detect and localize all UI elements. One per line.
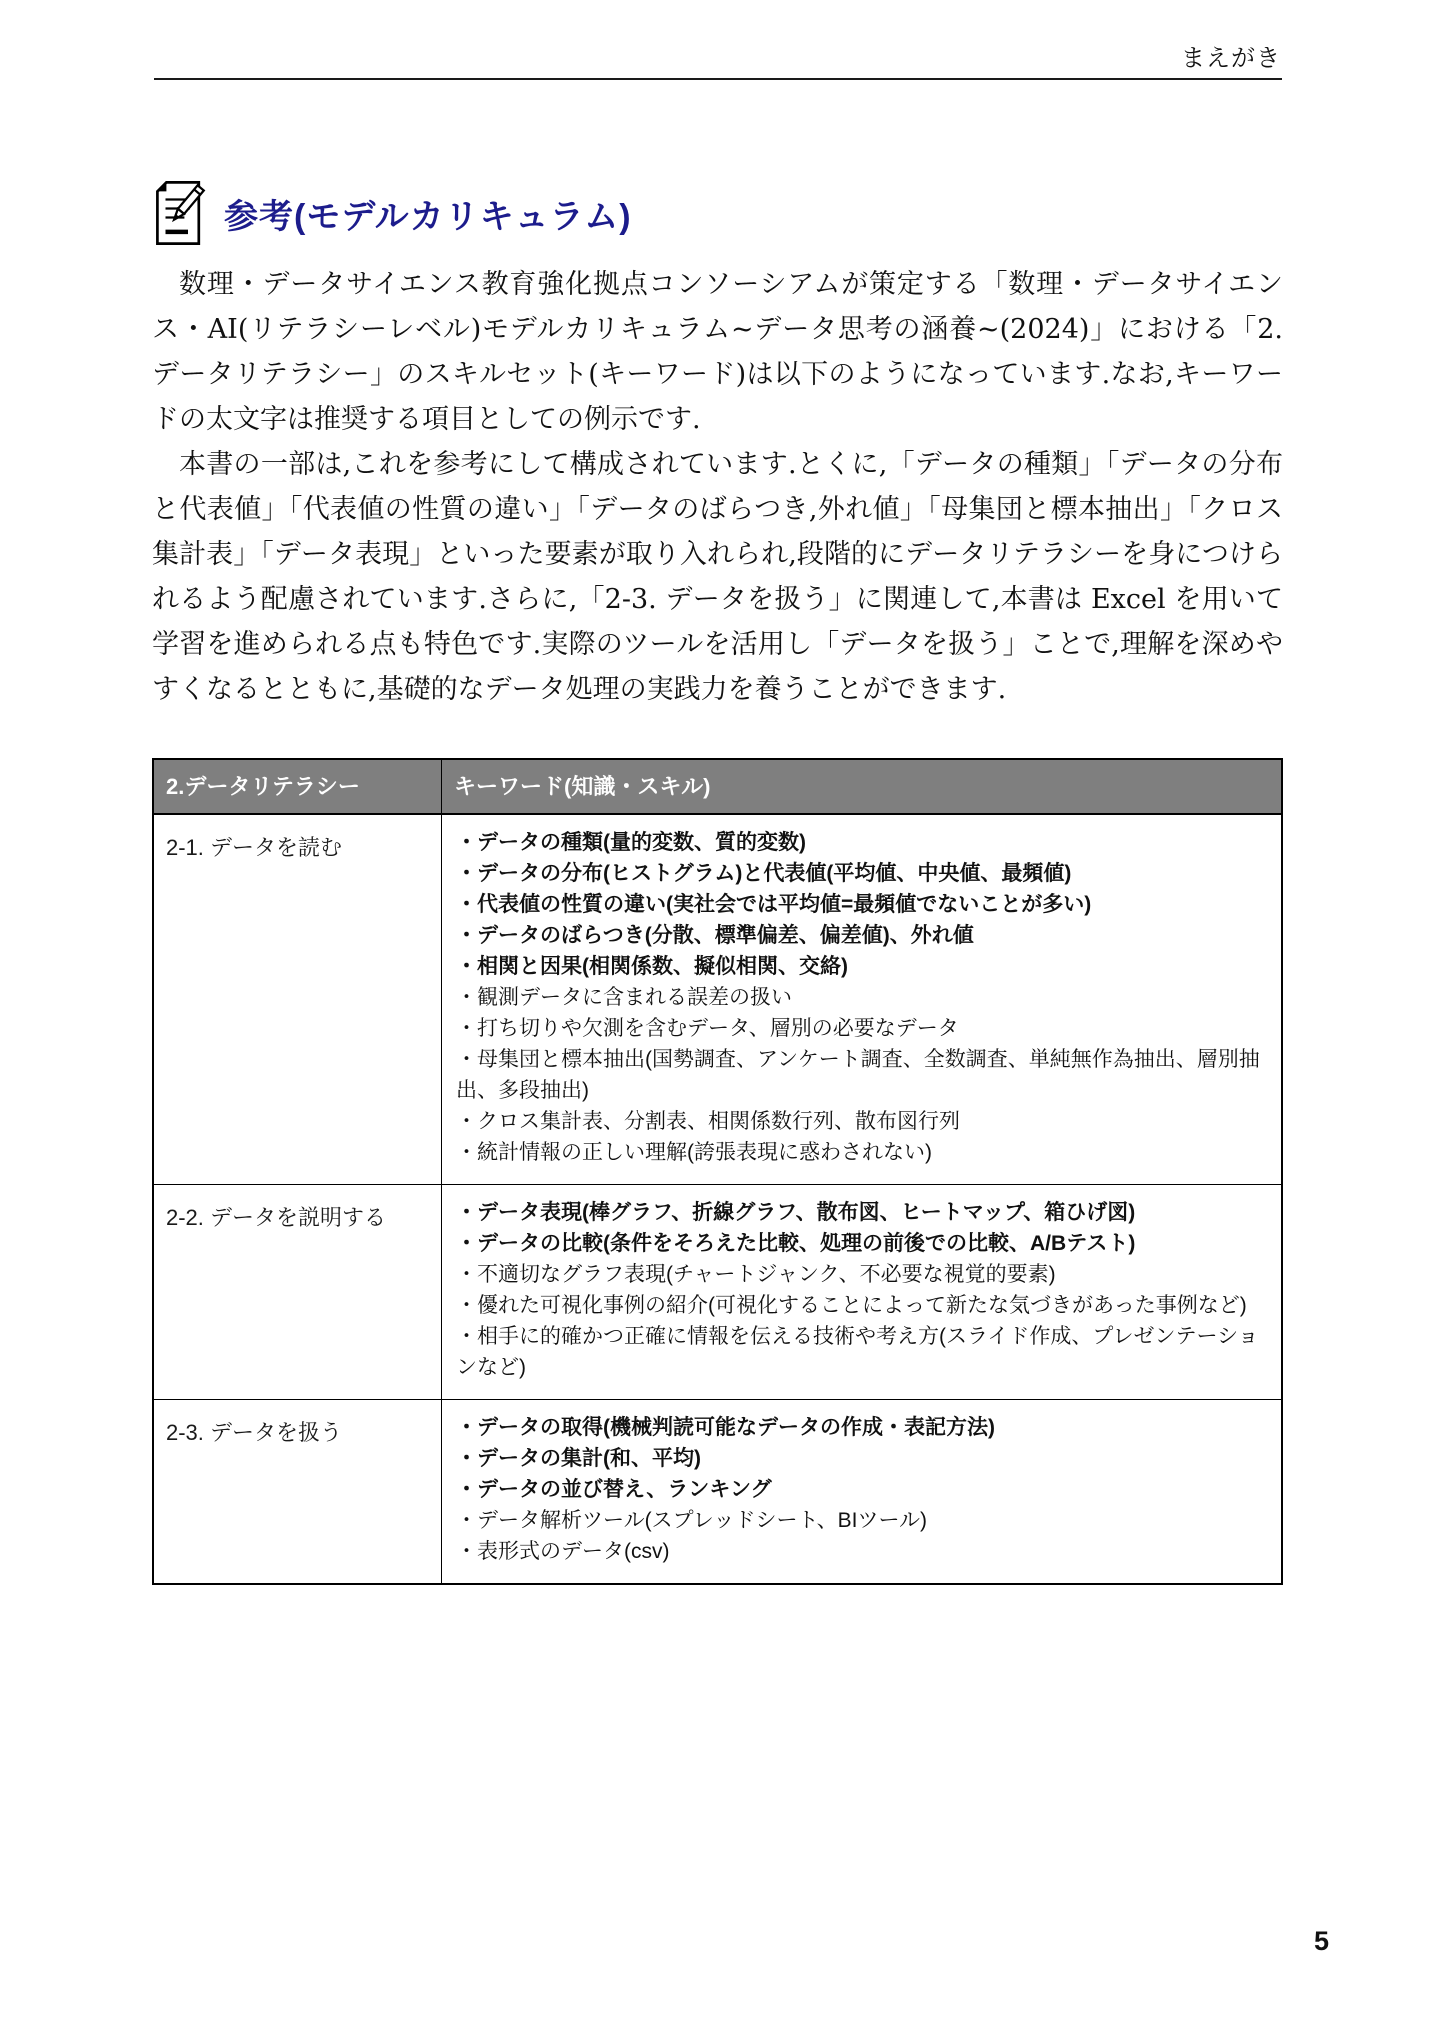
table-header-category: 2.データリテラシー [153, 759, 442, 814]
section-title: 参考(モデルカリキュラム) [224, 189, 632, 238]
row-label: 2-1. データを読む [153, 814, 442, 1185]
page-number: 5 [1314, 1926, 1329, 1957]
section-header: 参考(モデルカリキュラム) [152, 178, 1283, 248]
keyword-item: ・不適切なグラフ表現(チャートジャンク、不必要な視覚的要素) [456, 1259, 1271, 1290]
keyword-item: ・データのばらつき(分散、標準偏差、偏差値)、外れ値 [456, 920, 1271, 951]
keyword-item: ・データの並び替え、ランキング [456, 1474, 1271, 1505]
note-pencil-icon [152, 179, 206, 247]
paragraph: 本書の一部は,これを参考にして構成されています.とくに,「データの種類」「データ… [152, 442, 1283, 712]
running-head: まえがき [1181, 38, 1281, 73]
row-keywords: ・データの種類(量的変数、質的変数)・データの分布(ヒストグラム)と代表値(平均… [442, 814, 1283, 1185]
paragraphs: 数理・データサイエンス教育強化拠点コンソーシアムが策定する「数理・データサイエン… [152, 262, 1283, 712]
header-rule [154, 78, 1282, 80]
table-row: 2-1. データを読む・データの種類(量的変数、質的変数)・データの分布(ヒスト… [153, 814, 1282, 1185]
table-row: 2-3. データを扱う・データの取得(機械判読可能なデータの作成・表記方法)・デ… [153, 1400, 1282, 1585]
keyword-item: ・データ表現(棒グラフ、折線グラフ、散布図、ヒートマップ、箱ひげ図) [456, 1197, 1271, 1228]
paragraph: 数理・データサイエンス教育強化拠点コンソーシアムが策定する「数理・データサイエン… [152, 262, 1283, 442]
table-body: 2-1. データを読む・データの種類(量的変数、質的変数)・データの分布(ヒスト… [153, 814, 1282, 1584]
keyword-item: ・相手に的確かつ正確に情報を伝える技術や考え方(スライド作成、プレゼンテーション… [456, 1321, 1271, 1383]
page-content: 参考(モデルカリキュラム) 数理・データサイエンス教育強化拠点コンソーシアムが策… [152, 178, 1283, 1585]
table-header-keywords: キーワード(知識・スキル) [442, 759, 1283, 814]
model-curriculum-table: 2.データリテラシー キーワード(知識・スキル) 2-1. データを読む・データ… [152, 758, 1283, 1585]
keyword-item: ・観測データに含まれる誤差の扱い [456, 982, 1271, 1013]
keyword-item: ・データ解析ツール(スプレッドシート、BIツール) [456, 1505, 1271, 1536]
keyword-item: ・データの取得(機械判読可能なデータの作成・表記方法) [456, 1412, 1271, 1443]
row-label: 2-2. データを説明する [153, 1185, 442, 1400]
keyword-item: ・統計情報の正しい理解(誇張表現に惑わされない) [456, 1137, 1271, 1168]
keyword-item: ・表形式のデータ(csv) [456, 1536, 1271, 1567]
keyword-item: ・代表値の性質の違い(実社会では平均値=最頻値でないことが多い) [456, 889, 1271, 920]
keyword-item: ・データの集計(和、平均) [456, 1443, 1271, 1474]
keyword-item: ・データの比較(条件をそろえた比較、処理の前後での比較、A/Bテスト) [456, 1228, 1271, 1259]
keyword-item: ・クロス集計表、分割表、相関係数行列、散布図行列 [456, 1106, 1271, 1137]
row-label: 2-3. データを扱う [153, 1400, 442, 1585]
table-row: 2-2. データを説明する・データ表現(棒グラフ、折線グラフ、散布図、ヒートマッ… [153, 1185, 1282, 1400]
keyword-item: ・相関と因果(相関係数、擬似相関、交絡) [456, 951, 1271, 982]
keyword-item: ・母集団と標本抽出(国勢調査、アンケート調査、全数調査、単純無作為抽出、層別抽出… [456, 1044, 1271, 1106]
keyword-item: ・優れた可視化事例の紹介(可視化することによって新たな気づきがあった事例など) [456, 1290, 1271, 1321]
keyword-item: ・データの分布(ヒストグラム)と代表値(平均値、中央値、最頻値) [456, 858, 1271, 889]
row-keywords: ・データの取得(機械判読可能なデータの作成・表記方法)・データの集計(和、平均)… [442, 1400, 1283, 1585]
table-header-row: 2.データリテラシー キーワード(知識・スキル) [153, 759, 1282, 814]
row-keywords: ・データ表現(棒グラフ、折線グラフ、散布図、ヒートマップ、箱ひげ図)・データの比… [442, 1185, 1283, 1400]
keyword-item: ・データの種類(量的変数、質的変数) [456, 827, 1271, 858]
keyword-item: ・打ち切りや欠測を含むデータ、層別の必要なデータ [456, 1013, 1271, 1044]
